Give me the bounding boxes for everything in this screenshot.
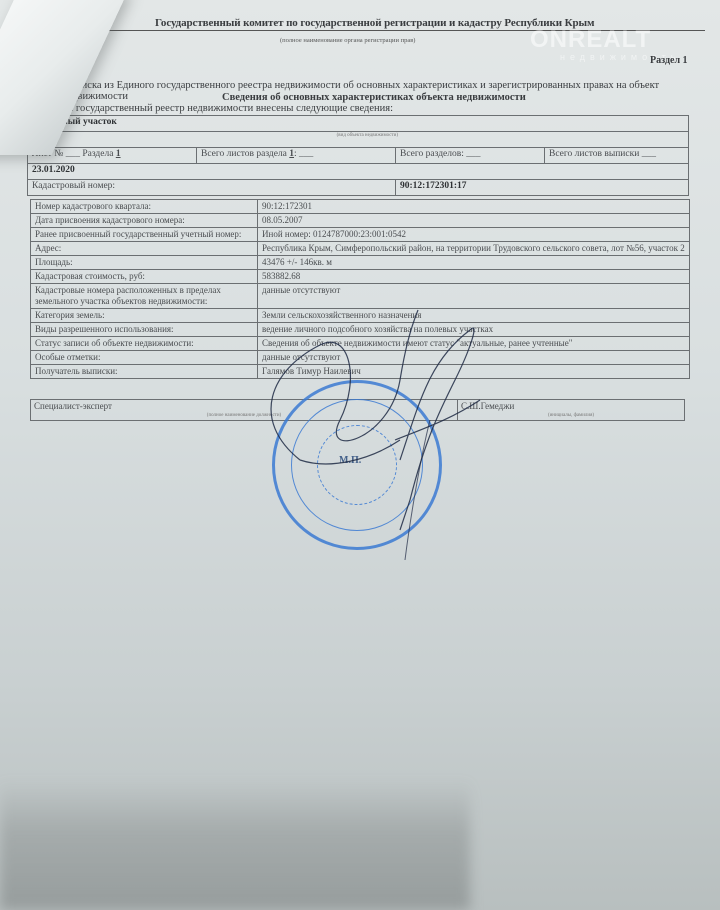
total-sheets: Всего листов выписки ___ xyxy=(545,148,689,164)
detail-value: Республика Крым, Симферопольский район, … xyxy=(258,242,690,256)
organization-caption: (полное наименование органа регистрации … xyxy=(280,37,415,44)
detail-label: Кадастровая стоимость, руб: xyxy=(31,270,258,284)
object-type-caption: (вид объекта недвижимости) xyxy=(28,132,689,148)
detail-label: Получатель выписки: xyxy=(31,365,258,379)
detail-row: Получатель выписки:Галямов Тимур Наилеви… xyxy=(31,365,690,379)
detail-label: Категория земель: xyxy=(31,309,258,323)
total-sheets-section: Всего листов раздела 1: ___ xyxy=(197,148,396,164)
detail-row: Особые отметки:данные отсутствуют xyxy=(31,351,690,365)
detail-value: Сведения об объекте недвижимости имеют с… xyxy=(258,337,690,351)
details-table: Номер кадастрового квартала:90:12:172301… xyxy=(30,199,690,379)
stamp-label: М.П. xyxy=(339,455,361,466)
detail-value: Галямов Тимур Наилевич xyxy=(258,365,690,379)
detail-value: Земли сельскохозяйственного назначения xyxy=(258,309,690,323)
detail-label: Особые отметки: xyxy=(31,351,258,365)
watermark-logo: ONREALT xyxy=(530,26,651,54)
detail-label: Статус записи об объекте недвижимости: xyxy=(31,337,258,351)
detail-value: 583882.68 xyxy=(258,270,690,284)
intro-text: В Единый государственный реестр недвижим… xyxy=(28,103,393,114)
extract-date: 23.01.2020 xyxy=(28,164,689,180)
organization-name: Государственный комитет по государственн… xyxy=(155,17,594,29)
detail-label: Виды разрешенного использования: xyxy=(31,323,258,337)
detail-label: Площадь: xyxy=(31,256,258,270)
detail-value: 08.05.2007 xyxy=(258,214,690,228)
detail-value: 90:12:172301 xyxy=(258,200,690,214)
detail-label: Ранее присвоенный государственный учетны… xyxy=(31,228,258,242)
detail-row: Виды разрешенного использования:ведение … xyxy=(31,323,690,337)
document-subtitle: Сведения об основных характеристиках объ… xyxy=(222,92,526,103)
cadastral-number-label: Кадастровый номер: xyxy=(28,180,396,196)
detail-value: ведение личного подсобного хозяйства на … xyxy=(258,323,690,337)
detail-row: Статус записи об объекте недвижимости:Св… xyxy=(31,337,690,351)
signer-name: С.Ш.Гемеджи xyxy=(458,400,685,413)
detail-label: Адрес: xyxy=(31,242,258,256)
detail-row: Ранее присвоенный государственный учетны… xyxy=(31,228,690,242)
detail-value: данные отсутствуют xyxy=(258,284,690,309)
section-label: Раздел 1 xyxy=(650,55,688,66)
detail-row: Кадастровые номера расположенных в преде… xyxy=(31,284,690,309)
detail-row: Дата присвоения кадастрового номера:08.0… xyxy=(31,214,690,228)
name-caption: (инициалы, фамилия) xyxy=(458,412,685,421)
detail-row: Номер кадастрового квартала:90:12:172301 xyxy=(31,200,690,214)
detail-row: Категория земель:Земли сельскохозяйствен… xyxy=(31,309,690,323)
total-sections: Всего разделов: ___ xyxy=(396,148,545,164)
detail-label: Дата присвоения кадастрового номера: xyxy=(31,214,258,228)
detail-row: Площадь:43476 +/- 146кв. м xyxy=(31,256,690,270)
cadastral-number: 90:12:172301:17 xyxy=(396,180,689,196)
summary-table: Земельный участок (вид объекта недвижимо… xyxy=(27,115,689,196)
official-stamp: М.П. xyxy=(272,380,442,550)
detail-row: Кадастровая стоимость, руб:583882.68 xyxy=(31,270,690,284)
detail-value: 43476 +/- 146кв. м xyxy=(258,256,690,270)
detail-label: Кадастровые номера расположенных в преде… xyxy=(31,284,258,309)
detail-value: данные отсутствуют xyxy=(258,351,690,365)
detail-row: Адрес:Республика Крым, Симферопольский р… xyxy=(31,242,690,256)
detail-value: Иной номер: 0124787000:23:001:0542 xyxy=(258,228,690,242)
detail-label: Номер кадастрового квартала: xyxy=(31,200,258,214)
object-type: Земельный участок xyxy=(28,116,689,132)
shadow xyxy=(0,780,470,910)
